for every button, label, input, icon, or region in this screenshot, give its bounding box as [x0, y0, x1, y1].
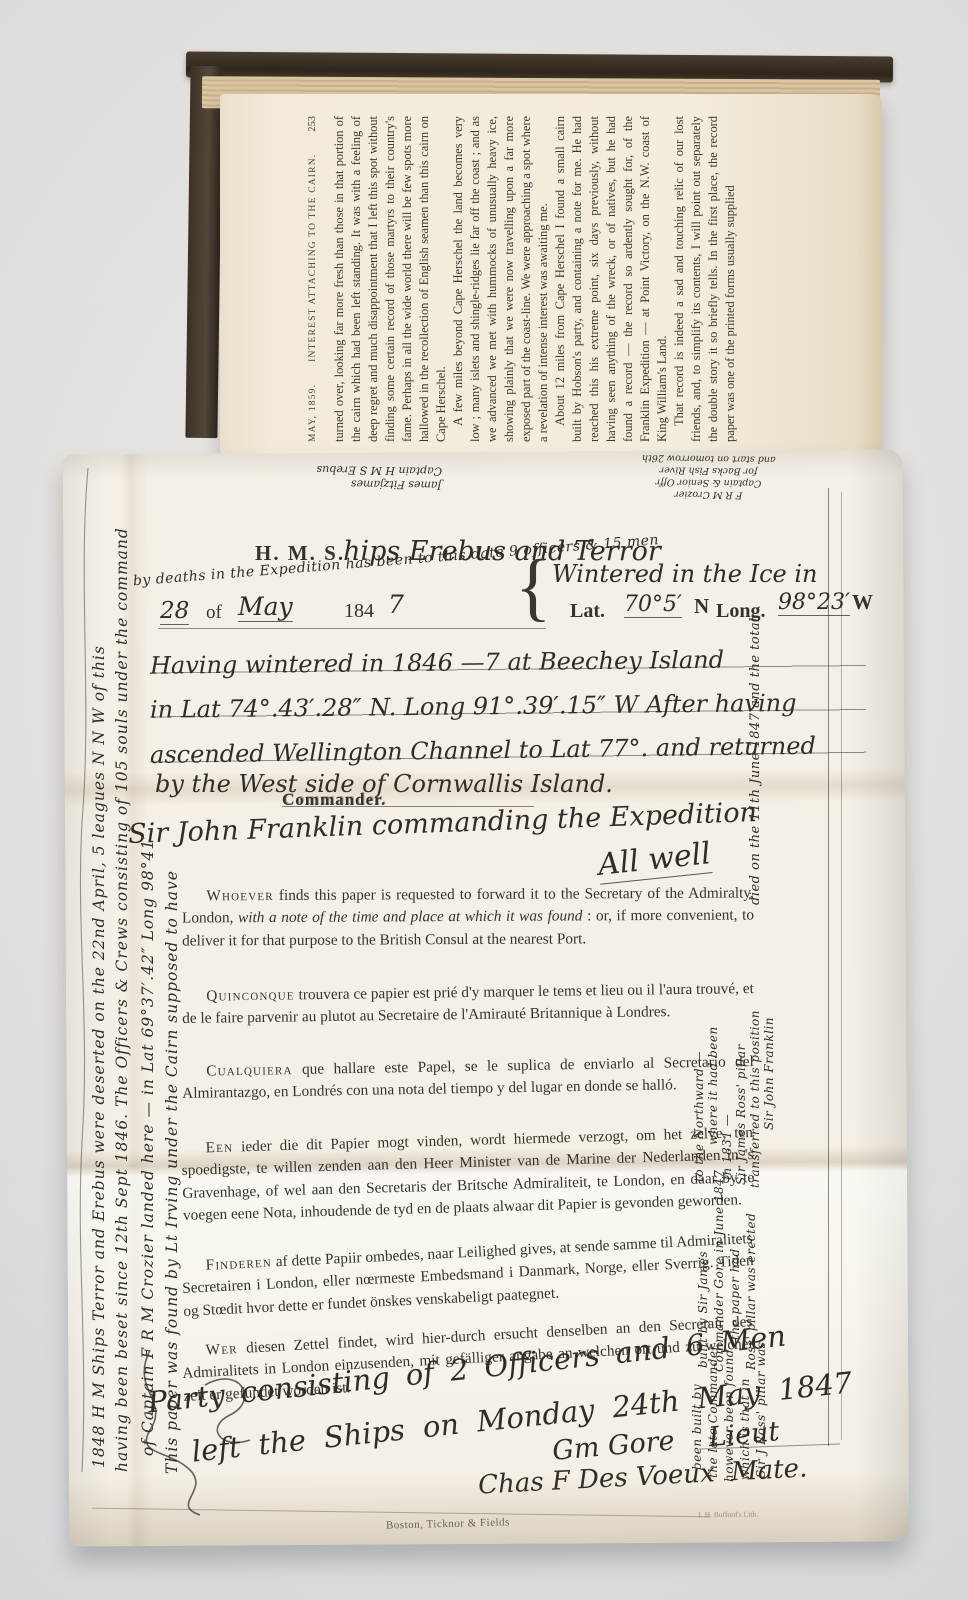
header-title: INTEREST ATTACHING TO THE CAIRN. [305, 154, 322, 362]
lat-value-handwritten: 70°5′ [624, 592, 682, 618]
left-margin-note: having been beset since 12th Sept 1846. … [113, 462, 131, 1472]
paragraph-english: Whoever finds this paper is requested to… [182, 883, 754, 953]
book-paragraph: turned over, looking far more fresh than… [331, 116, 450, 442]
right-margin-note: Sir James Ross' pillar [734, 977, 748, 1185]
book-running-header: MAY, 1859. INTEREST ATTACHING TO THE CAI… [304, 116, 322, 442]
date-of-printed: of [206, 602, 222, 624]
header-date: MAY, 1859. [305, 384, 322, 442]
form-border-right [828, 488, 829, 1446]
handwritten-line-cornwallis: by the West side of Cornwallis Island. [155, 770, 675, 798]
date-year-printed: 184 [344, 600, 374, 623]
lat-hemisphere: N [694, 594, 709, 619]
date-rule-line [158, 628, 546, 629]
margin-bracket-line [74, 462, 96, 1482]
right-margin-note: to the Northward — [692, 1010, 706, 1182]
hms-printed-label: H. M. S. [255, 541, 345, 565]
commander-label-printed: Commander. [282, 790, 386, 810]
right-margin-note: been built by [690, 1338, 704, 1470]
date-year-handwritten: 7 [388, 590, 404, 619]
page-number: 253 [304, 116, 321, 132]
paragraph-french: Quinconque trouvera ce papier est prié d… [182, 978, 755, 1031]
right-margin-note: Sir John Franklin [762, 968, 776, 1130]
form-border-right-inner [841, 492, 842, 1440]
photo-of-franklin-record: MAY, 1859. INTEREST ATTACHING TO THE CAI… [0, 0, 968, 1600]
book-paragraph: That record is indeed a sad and touching… [671, 116, 739, 442]
right-margin-note: transferred to this position [748, 956, 762, 1188]
right-margin-note: which is that in [738, 1328, 752, 1480]
book-paragraph: A few miles beyond Cape Herschel the lan… [450, 116, 552, 442]
right-margin-note: the late Commander [706, 1290, 720, 1478]
book-cover-left-edge [185, 66, 222, 438]
brace-icon: { [515, 549, 551, 625]
lat-label-printed: Lat. [570, 600, 605, 623]
right-margin-note: Sir J Ross' pillar was [754, 1280, 768, 1478]
left-margin-note: of Captain F R M Crozier landed here — i… [139, 594, 157, 1456]
imprint-lithographer: J. H. Bufford's Lith. [698, 1509, 758, 1519]
date-day-handwritten: 28 [160, 598, 189, 625]
ink-flourish [110, 1330, 330, 1520]
right-margin-note: where it had been [706, 977, 720, 1145]
book-page-text-rotated: MAY, 1859. INTEREST ATTACHING TO THE CAI… [304, 116, 860, 442]
right-margin-note: however been found [722, 1294, 736, 1482]
book-paragraph: About 12 miles from Cape Herschel I foun… [552, 116, 671, 442]
inverted-note-fitzjames: James Fitzjames Captain H M S Erebus [186, 460, 442, 492]
long-hemisphere: W [852, 590, 873, 615]
long-value-handwritten: 98°23′ [778, 590, 850, 616]
paragraph-dutch: Een ieder die dit Papier mogt vinden, wo… [181, 1122, 755, 1228]
wintered-handwritten: Wintered in the Ice in [552, 560, 817, 588]
right-margin-note: died on the 11th June 1847 and the total [748, 587, 763, 905]
inverted-note-crozier: F R M Crozier Captain & Senior Offr for … [596, 450, 822, 501]
date-month-handwritten: May [238, 592, 293, 622]
